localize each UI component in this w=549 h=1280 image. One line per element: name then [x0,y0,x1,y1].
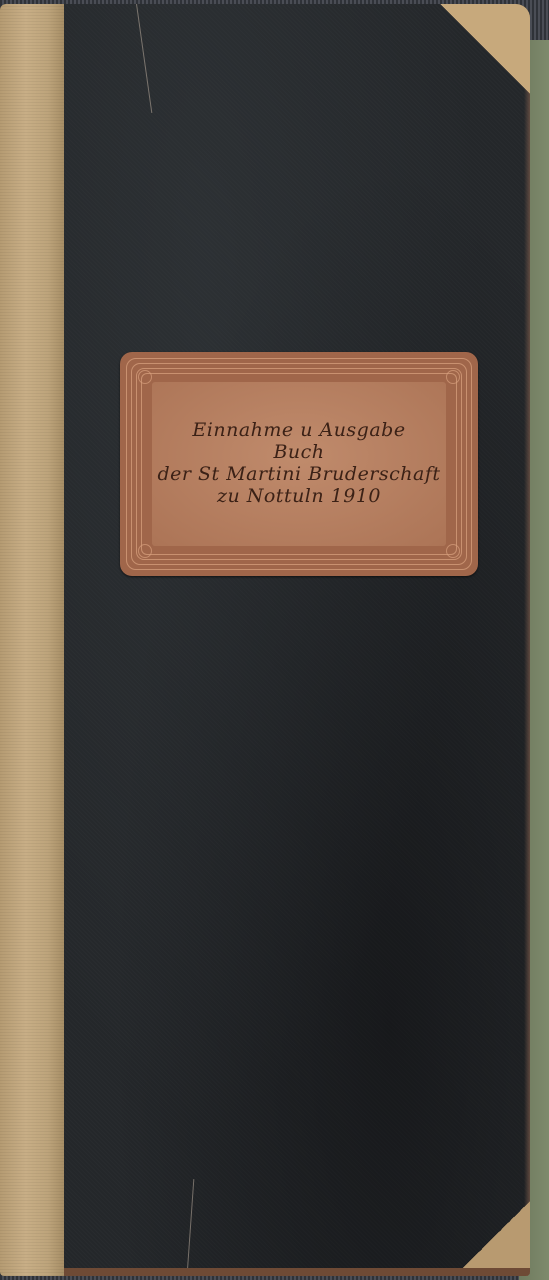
bottom-edge [64,1268,530,1276]
label-line-title: Einnahme u Ausgabe [192,420,405,442]
book-cover [64,4,530,1276]
worn-corner-bottom [455,1201,530,1276]
label-line-book: Buch [273,442,324,464]
cover-crease-bottom [187,1179,195,1274]
worn-corner-top [440,4,530,94]
label-line-brotherhood: der St Martini Bruderschaft [157,464,440,486]
label-handwriting: Einnahme u Ausgabe Buch der St Martini B… [156,386,442,542]
cover-crease-top [136,4,152,113]
ledger-book: Einnahme u Ausgabe Buch der St Martini B… [0,4,530,1276]
label-line-place-year: zu Nottuln 1910 [217,486,381,508]
cover-worn-edge [524,4,530,1276]
book-spine [0,4,64,1276]
corner-ornament-icon [446,370,460,384]
corner-ornament-icon [138,544,152,558]
cover-label: Einnahme u Ausgabe Buch der St Martini B… [120,352,478,576]
corner-ornament-icon [138,370,152,384]
corner-ornament-icon [446,544,460,558]
